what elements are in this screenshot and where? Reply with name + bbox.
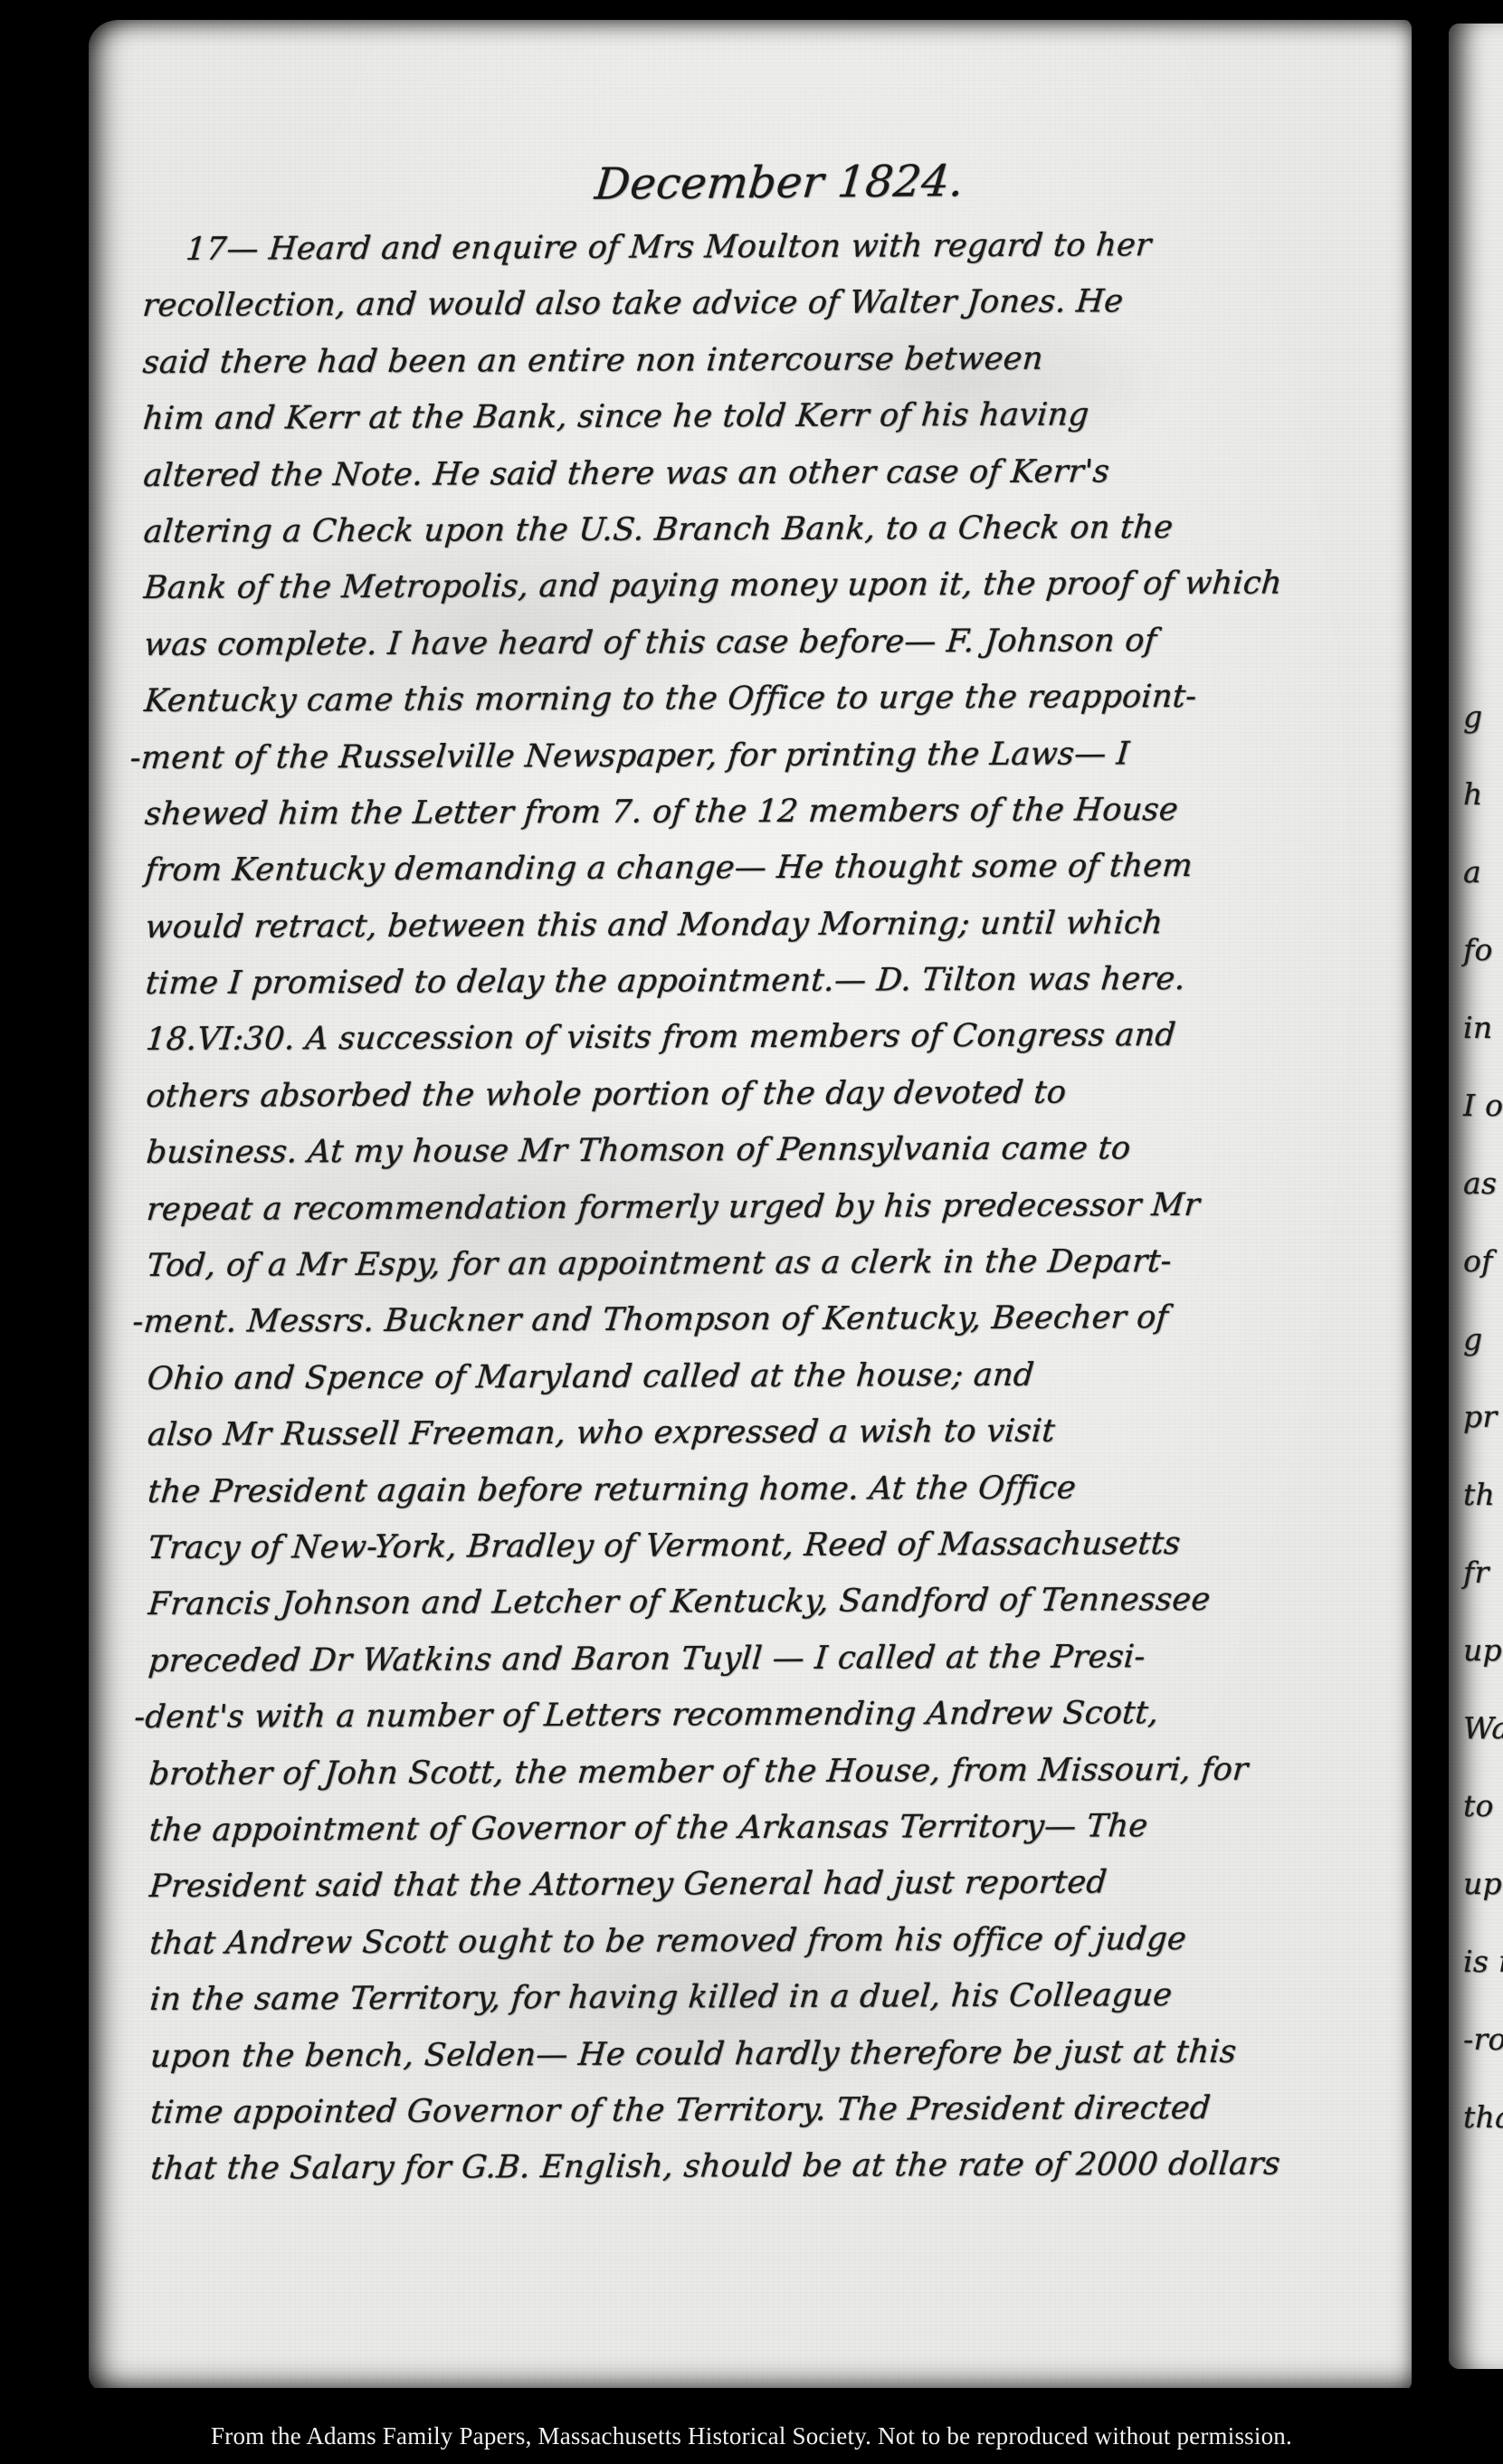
diary-line: -ment. Messrs. Buckner and Thompson of K…: [130, 1289, 1400, 1351]
diary-line: upon the bench, Selden— He could hardly …: [147, 2022, 1403, 2084]
next-page-text-fragment: th: [1463, 1477, 1495, 1512]
next-page-text-fragment: tha: [1463, 2099, 1503, 2135]
diary-line: business. At my house Mr Thomson of Penn…: [144, 1119, 1399, 1181]
next-page-text-fragment: Wa: [1463, 1710, 1503, 1746]
diary-line: -ment of the Russelville Newspaper, for …: [128, 724, 1397, 786]
next-page-text-fragment: -rou: [1463, 2022, 1503, 2057]
next-page-text-fragment: g: [1463, 1321, 1482, 1356]
diary-line: shewed him the Letter from 7. of the 12 …: [143, 781, 1398, 842]
next-page-text-fragment: fo: [1463, 932, 1493, 967]
diary-line: time I promised to delay the appointment…: [143, 950, 1398, 1012]
diary-line: Francis Johnson and Letcher of Kentucky,…: [146, 1571, 1401, 1632]
next-page-sliver: ghafoinI oasofgprthfrupWatoupois r-routh…: [1449, 24, 1503, 2369]
next-page-text-fragment: up: [1463, 1632, 1502, 1668]
diary-line: time appointed Governor of the Territory…: [148, 2079, 1403, 2141]
diary-line: 18.VI:30. A succession of visits from me…: [144, 1006, 1399, 1068]
next-page-text-fragment: h: [1463, 776, 1483, 812]
diary-line: him and Kerr at the Bank, since he told …: [141, 385, 1396, 447]
next-page-text-fragment: upo: [1463, 1866, 1503, 1901]
diary-line: altered the Note. He said there was an o…: [141, 442, 1396, 504]
diary-line: from Kentucky demanding a change— He tho…: [143, 837, 1398, 899]
diary-line: others absorbed the whole portion of the…: [144, 1063, 1399, 1125]
diary-line: said there had been an entire non interc…: [140, 329, 1395, 391]
diary-line: Kentucky came this morning to the Office…: [142, 668, 1397, 729]
next-page-text-fragment: is r: [1463, 1944, 1503, 1979]
next-page-text-fragment: a: [1463, 854, 1481, 890]
diary-line: Ohio and Spence of Maryland called at th…: [145, 1346, 1400, 1407]
diary-line: in the same Territory, for having killed…: [147, 1966, 1403, 2028]
diary-entry-text: 17— Heard and enquire of Mrs Moulton wit…: [142, 216, 1402, 2198]
diary-line: recollection, and would also take advice…: [140, 272, 1395, 334]
manuscript-page: December 1824. 17— Heard and enquire of …: [89, 20, 1412, 2391]
diary-line: 17— Heard and enquire of Mrs Moulton wit…: [140, 216, 1395, 278]
diary-line: also Mr Russell Freeman, who expressed a…: [146, 1402, 1401, 1463]
page-heading: December 1824.: [593, 156, 966, 210]
diary-line: Bank of the Metropolis, and paying money…: [141, 555, 1396, 616]
diary-line: the President again before returning hom…: [146, 1459, 1401, 1520]
manuscript-scan: December 1824. 17— Heard and enquire of …: [0, 0, 1503, 2464]
diary-line: President said that the Attorney General…: [147, 1853, 1403, 1915]
diary-line: brother of John Scott, the member of the…: [147, 1741, 1402, 1803]
next-page-text-fragment: g: [1463, 699, 1482, 734]
next-page-text-fragment: of: [1463, 1243, 1493, 1279]
diary-line: was complete. I have heard of this case …: [142, 612, 1397, 673]
diary-line: that the Salary for G.B. English, should…: [148, 2136, 1403, 2197]
next-page-text-fragment: in: [1463, 1010, 1492, 1045]
diary-line: repeat a recommendation formerly urged b…: [144, 1176, 1399, 1238]
credit-footer: From the Adams Family Papers, Massachuse…: [0, 2388, 1503, 2464]
diary-line: would retract, between this and Monday M…: [143, 894, 1398, 956]
diary-line: Tracy of New-York, Bradley of Vermont, R…: [146, 1515, 1401, 1576]
diary-line: -dent's with a number of Letters recomme…: [132, 1684, 1402, 1746]
next-page-text-fragment: to: [1463, 1788, 1494, 1823]
next-page-text-fragment: fr: [1463, 1555, 1489, 1590]
credit-text: From the Adams Family Papers, Massachuse…: [0, 2422, 1503, 2450]
diary-line: preceded Dr Watkins and Baron Tuyll — I …: [147, 1628, 1402, 1689]
diary-line: the appointment of Governor of the Arkan…: [147, 1797, 1402, 1859]
next-page-text-fragment: pr: [1463, 1399, 1498, 1434]
next-page-text-fragment: as: [1463, 1165, 1497, 1201]
next-page-text-fragment: I o: [1463, 1088, 1503, 1123]
diary-line: Tod, of a Mr Espy, for an appointment as…: [145, 1232, 1400, 1294]
diary-line: that Andrew Scott ought to be removed fr…: [147, 1910, 1403, 1972]
diary-line: altering a Check upon the U.S. Branch Ba…: [141, 499, 1396, 560]
